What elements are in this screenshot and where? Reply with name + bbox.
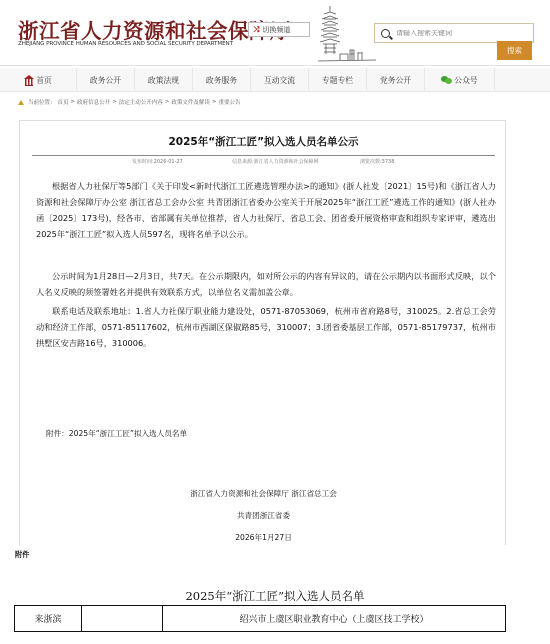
nav-item-label: 公众号	[454, 75, 477, 86]
breadcrumb-prefix: 当前位置：	[28, 98, 56, 106]
table-row: 来浙滨 绍兴市上虞区职业教育中心（上虞区技工学校）	[15, 606, 506, 632]
nav-item-special-topics[interactable]: 专题专栏	[309, 68, 367, 92]
breadcrumb-link-announcements[interactable]: 重要公告	[219, 98, 241, 106]
nav-item-interaction[interactable]: 互动交流	[251, 68, 309, 92]
switch-channel-label: 切换频道	[262, 25, 290, 35]
paragraph-text: 公示时间为1月28日—2月3日，共7天。在公示期限内，如对所公示的内容有异议的，…	[36, 271, 496, 297]
info-source: 信息来源:浙江省人力资源和社会保障网	[232, 158, 319, 165]
breadcrumb-link-proactive-disclosure[interactable]: 法定主动公开内容	[119, 98, 163, 106]
breadcrumb: 当前位置： 首页 > 政府信息公开 > 法定主动公开内容 > 政策文件及解读 >…	[18, 98, 241, 106]
nav-item-label: 政策法规	[148, 75, 179, 86]
location-marker-icon	[18, 100, 24, 105]
search-input[interactable]	[396, 30, 516, 37]
nav-item-label: 首页	[36, 75, 52, 86]
article-paragraph: 联系电话及联系地址：1.省人力社保厅职业能力建设处，0571-87053069，…	[36, 303, 496, 351]
nav-item-official-account[interactable]: 公众号	[425, 68, 495, 92]
appendix-label: 附件	[15, 550, 29, 560]
nav-item-label: 专题专栏	[322, 75, 353, 86]
nav-item-label: 政务公开	[90, 75, 121, 86]
table-cell-empty	[82, 606, 163, 632]
breadcrumb-separator: >	[71, 99, 76, 105]
nav-item-party-affairs[interactable]: 党务公开	[367, 68, 425, 92]
nav-item-government-affairs[interactable]: 政务公开	[77, 68, 135, 92]
breadcrumb-separator: >	[165, 99, 170, 105]
site-logo-subtitle: ZHEJIANG PROVINCE HUMAN RESOURCES AND SO…	[18, 41, 233, 47]
signature-org-youth-league: 共青团浙江省委	[20, 510, 507, 521]
wechat-icon	[441, 76, 452, 84]
attachment-link[interactable]: 附件：2025年“浙江工匠”拟入选人员名单	[46, 428, 187, 439]
site-header: 浙江省人力资源和社会保障厅 ZHEJIANG PROVINCE HUMAN RE…	[0, 0, 550, 66]
table-cell-name: 来浙滨	[15, 606, 82, 632]
paragraph-text: 联系电话及联系地址：1.省人力社保厅职业能力建设处，0571-87053069，…	[36, 306, 496, 348]
main-nav: 首页 政务公开 政策法规 政务服务 互动交流 专题专栏 党务公开 公众号	[0, 68, 550, 92]
breadcrumb-link-gov-info[interactable]: 政府信息公开	[77, 98, 110, 106]
nav-item-home[interactable]: 首页	[0, 68, 77, 92]
page: 浙江省人力资源和社会保障厅 ZHEJIANG PROVINCE HUMAN RE…	[0, 0, 550, 644]
nav-item-label: 党务公开	[380, 75, 411, 86]
breadcrumb-link-policy-docs[interactable]: 政策文件及解读	[171, 98, 210, 106]
nav-item-policies-regulations[interactable]: 政策法规	[135, 68, 193, 92]
publish-time: 发布时间:2026-01-27	[132, 158, 183, 165]
article-paragraph: 公示时间为1月28日—2月3日，共7天。在公示期限内，如对所公示的内容有异议的，…	[36, 268, 496, 300]
shuffle-icon: ⤨	[253, 25, 259, 35]
article-card: 2025年“浙江工匠”拟入选人员名单公示 发布时间:2026-01-27 信息来…	[19, 120, 506, 545]
nav-item-label: 政务服务	[206, 75, 237, 86]
pagoda-illustration	[318, 4, 378, 64]
appendix-title: 2025年“浙江工匠”拟入选人员名单	[0, 588, 550, 604]
search-button[interactable]: 搜索	[497, 41, 532, 60]
appendix-table: 来浙滨 绍兴市上虞区职业教育中心（上虞区技工学校）	[14, 605, 506, 632]
nav-item-government-services[interactable]: 政务服务	[193, 68, 251, 92]
title-divider	[32, 155, 495, 156]
article-paragraph: 根据省人力社保厅等5部门《关于印发<新时代浙江工匠遴选管理办法>的通知》(浙人社…	[36, 178, 496, 242]
signature-orgs: 浙江省人力资源和社会保障厅 浙江省总工会	[20, 488, 507, 499]
article-title: 2025年“浙江工匠”拟入选人员名单公示	[20, 134, 507, 149]
switch-channel-button[interactable]: ⤨ 切换频道	[248, 22, 310, 37]
signature-date: 2026年1月27日	[20, 532, 507, 543]
table-cell-organization: 绍兴市上虞区职业教育中心（上虞区技工学校）	[163, 606, 506, 632]
search-field[interactable]	[374, 23, 534, 43]
view-count: 浏览次数:3738	[360, 158, 394, 165]
search-icon	[381, 29, 390, 38]
breadcrumb-separator: >	[212, 99, 217, 105]
breadcrumb-separator: >	[112, 99, 117, 105]
breadcrumb-link-home[interactable]: 首页	[58, 98, 69, 106]
home-icon	[24, 75, 34, 85]
paragraph-text: 根据省人力社保厅等5部门《关于印发<新时代浙江工匠遴选管理办法>的通知》(浙人社…	[36, 181, 496, 239]
nav-item-label: 互动交流	[264, 75, 295, 86]
